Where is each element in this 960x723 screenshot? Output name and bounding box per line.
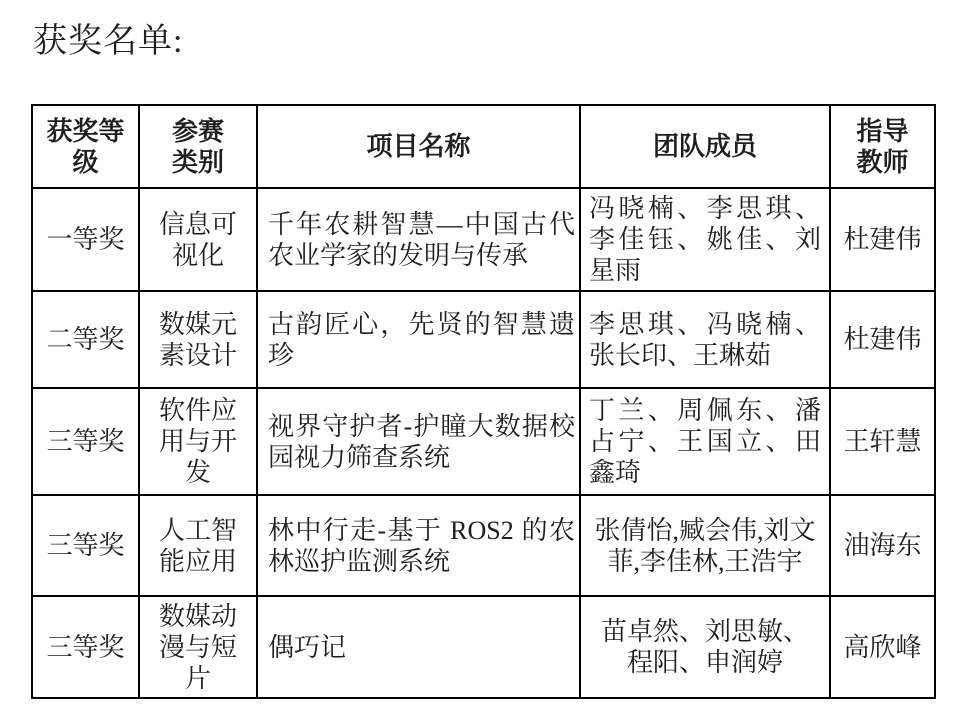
category-cell: 数媒动 漫与短 片	[139, 596, 257, 698]
award-level-cell: 三等奖	[32, 388, 139, 495]
teacher-cell: 高欣峰	[830, 596, 935, 698]
category-cell: 软件应 用与开 发	[139, 388, 257, 495]
awards-table: 获奖等 级 参赛 类别 项目名称 团队成员 指导 教师 一等奖 信息可 视化 千…	[31, 104, 936, 699]
table-row: 三等奖 人工智 能应用 林中行走-基于 ROS2 的农林巡护监测系统 张倩怡,臧…	[32, 495, 935, 596]
team-members-cell: 苗卓然、刘思敏、程阳、申润婷	[580, 596, 830, 698]
table-row: 三等奖 数媒动 漫与短 片 偶巧记 苗卓然、刘思敏、程阳、申润婷 高欣峰	[32, 596, 935, 698]
category-cell: 人工智 能应用	[139, 495, 257, 596]
category-cell: 信息可 视化	[139, 188, 257, 291]
project-name-cell: 林中行走-基于 ROS2 的农林巡护监测系统	[257, 495, 580, 596]
teacher-cell: 油海东	[830, 495, 935, 596]
project-name-cell: 古韵匠心，先贤的智慧遗珍	[257, 291, 580, 388]
table-row: 一等奖 信息可 视化 千年农耕智慧—中国古代农业学家的发明与传承 冯晓楠、李思琪…	[32, 188, 935, 291]
column-header-project: 项目名称	[257, 105, 580, 188]
award-level-cell: 二等奖	[32, 291, 139, 388]
column-header-award-level: 获奖等 级	[32, 105, 139, 188]
table-header-row: 获奖等 级 参赛 类别 项目名称 团队成员 指导 教师	[32, 105, 935, 188]
award-level-cell: 三等奖	[32, 495, 139, 596]
team-members-cell: 李思琪、冯晓楠、张长印、王琳茹	[580, 291, 830, 388]
page-title: 获奖名单:	[0, 0, 960, 62]
project-name-cell: 偶巧记	[257, 596, 580, 698]
project-name-cell: 千年农耕智慧—中国古代农业学家的发明与传承	[257, 188, 580, 291]
column-header-teacher: 指导 教师	[830, 105, 935, 188]
award-level-cell: 三等奖	[32, 596, 139, 698]
column-header-category: 参赛 类别	[139, 105, 257, 188]
project-name-cell: 视界守护者-护瞳大数据校园视力筛查系统	[257, 388, 580, 495]
team-members-cell: 冯晓楠、李思琪、李佳钰、姚佳、刘星雨	[580, 188, 830, 291]
category-cell: 数媒元 素设计	[139, 291, 257, 388]
column-header-team: 团队成员	[580, 105, 830, 188]
table-row: 二等奖 数媒元 素设计 古韵匠心，先贤的智慧遗珍 李思琪、冯晓楠、张长印、王琳茹…	[32, 291, 935, 388]
teacher-cell: 王轩慧	[830, 388, 935, 495]
teacher-cell: 杜建伟	[830, 188, 935, 291]
award-level-cell: 一等奖	[32, 188, 139, 291]
team-members-cell: 张倩怡,臧会伟,刘文菲,李佳林,王浩宇	[580, 495, 830, 596]
table-row: 三等奖 软件应 用与开 发 视界守护者-护瞳大数据校园视力筛查系统 丁兰、周佩东…	[32, 388, 935, 495]
team-members-cell: 丁兰、周佩东、潘占宁、王国立、田鑫琦	[580, 388, 830, 495]
teacher-cell: 杜建伟	[830, 291, 935, 388]
